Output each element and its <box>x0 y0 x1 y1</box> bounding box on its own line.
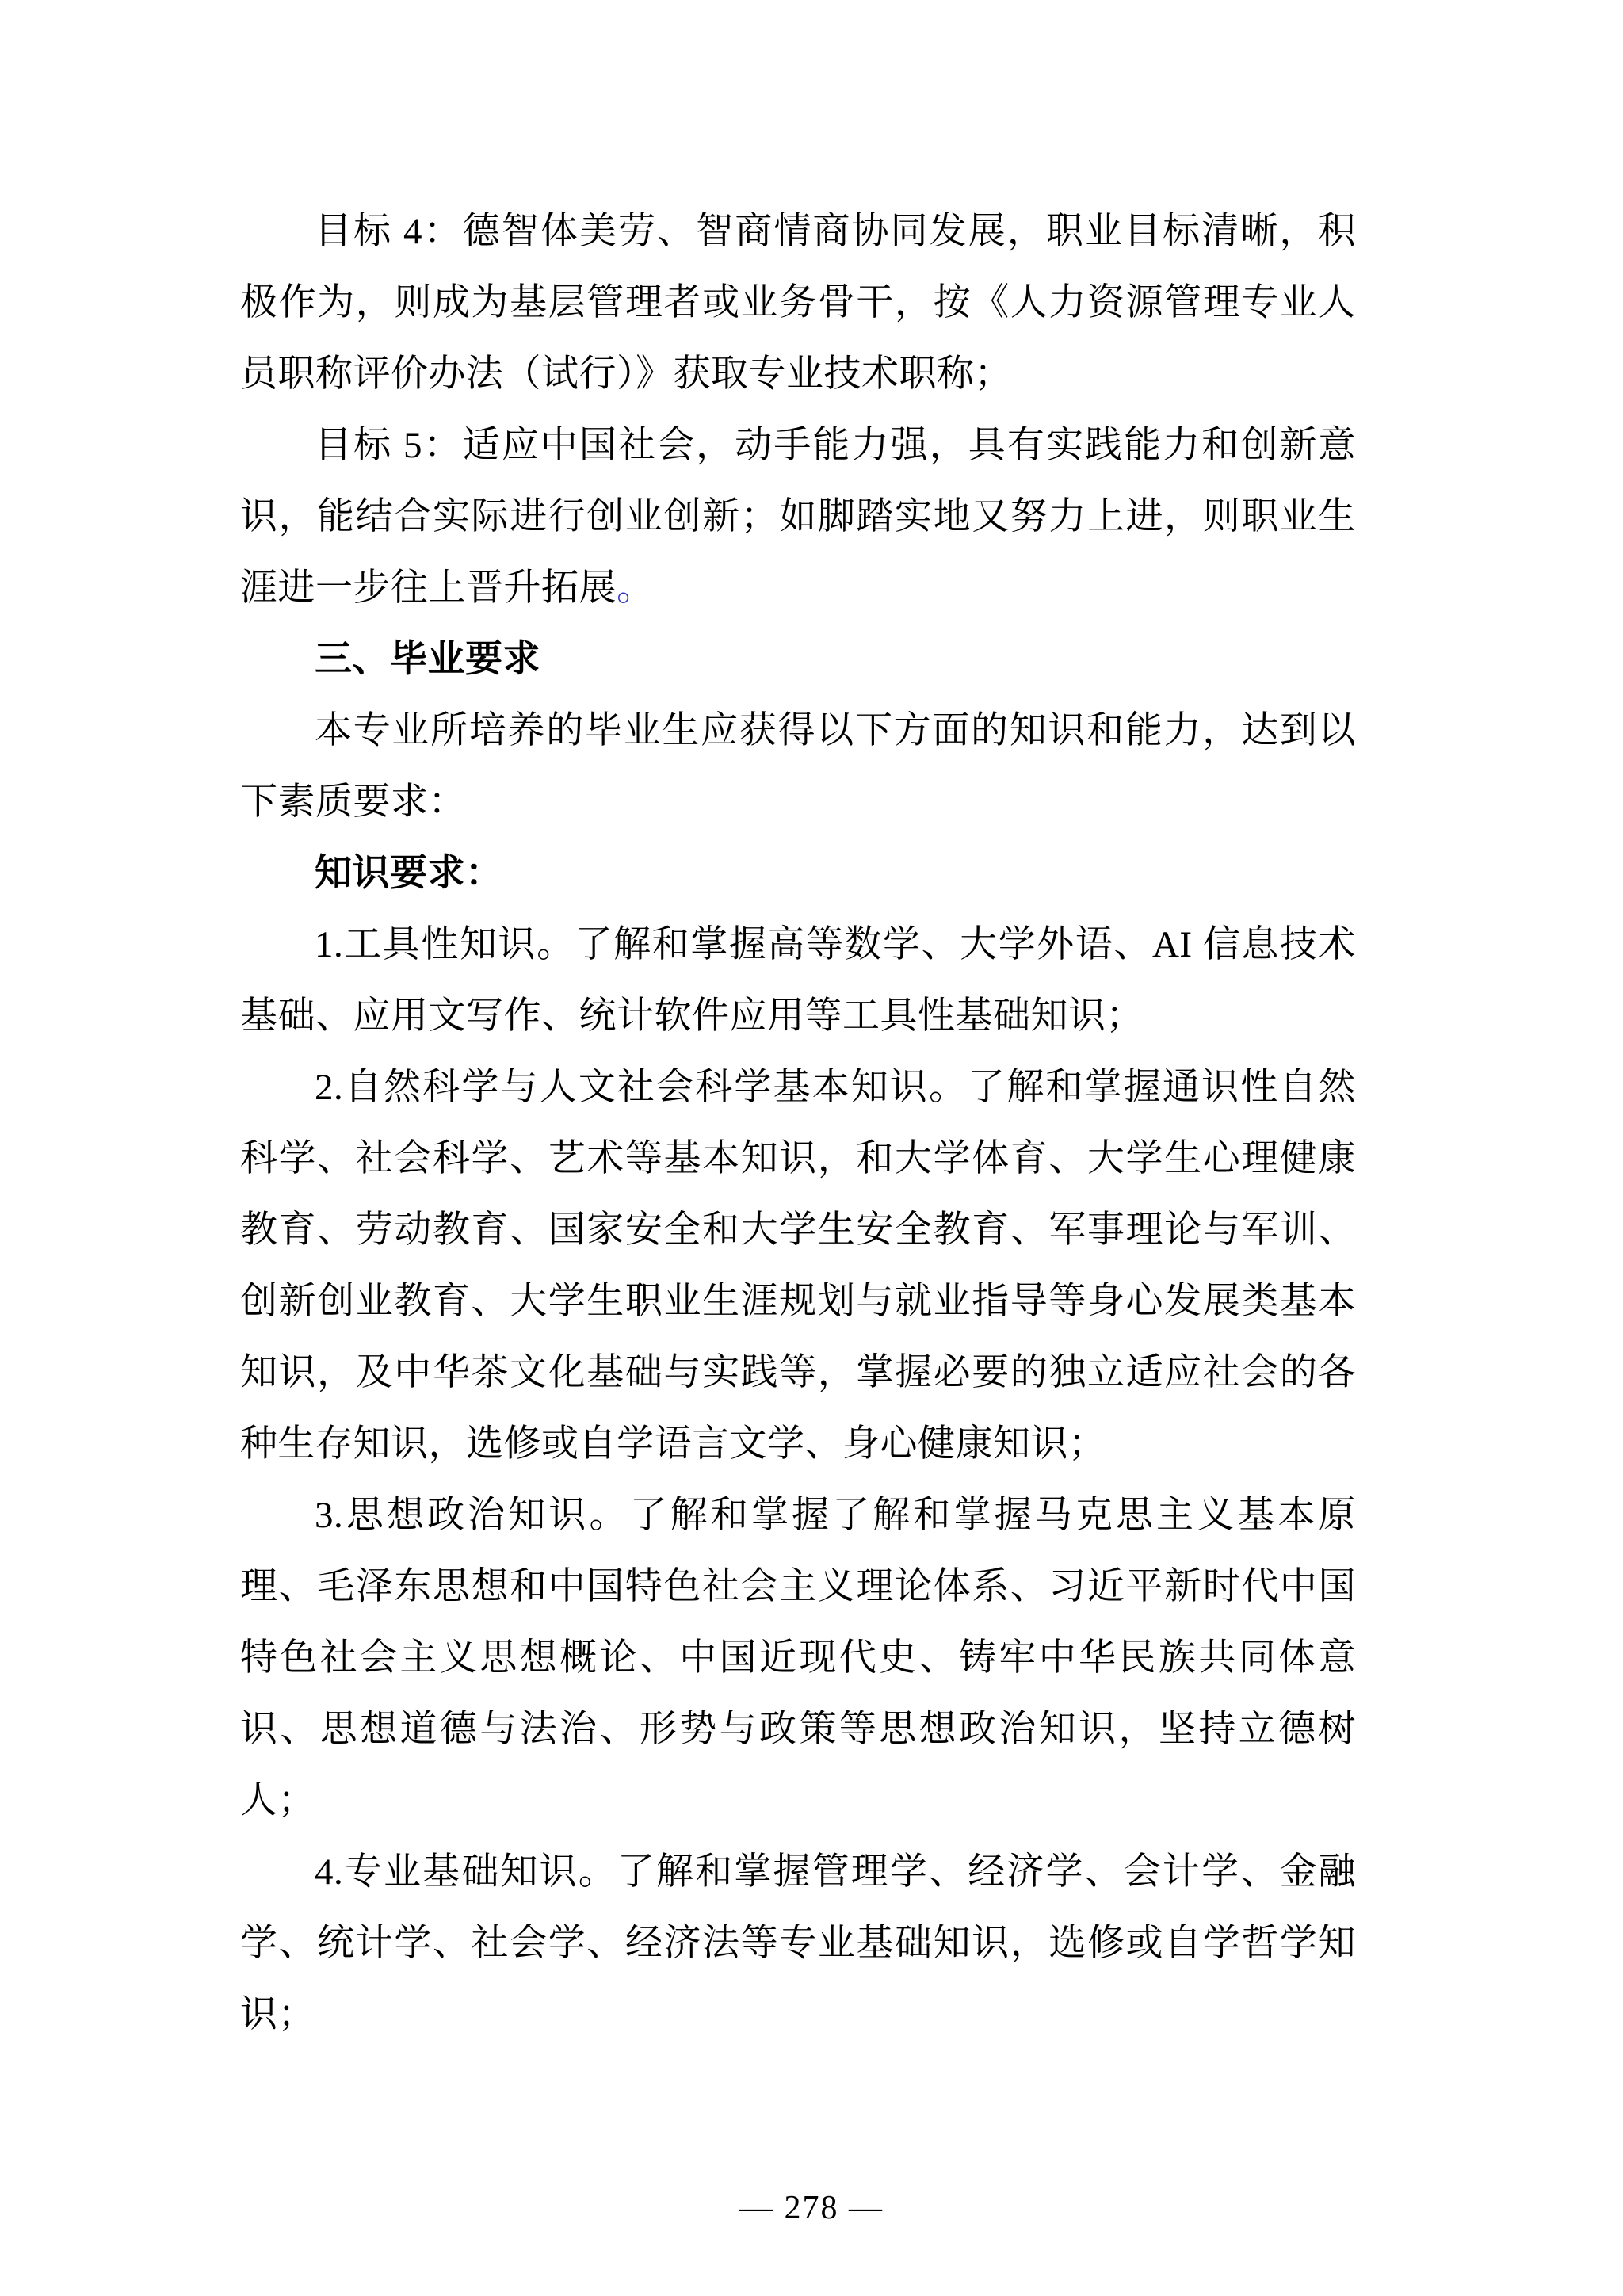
paragraph-intro: 本专业所培养的毕业生应获得以下方面的知识和能力，达到以下素质要求： <box>240 695 1356 838</box>
knowledge-item-4-text: 4.专业基础知识。了解和掌握管理学、经济学、会计学、金融学、统计学、社会学、经济… <box>240 1851 1356 2035</box>
section-heading-graduation-requirements: 三、毕业要求 <box>240 624 1356 695</box>
section-heading-text: 三、毕业要求 <box>315 639 540 680</box>
knowledge-item-3: 3.思想政治知识。了解和掌握了解和掌握马克思主义基本原理、毛泽东思想和中国特色社… <box>240 1480 1356 1836</box>
knowledge-item-3-text: 3.思想政治知识。了解和掌握了解和掌握马克思主义基本原理、毛泽东思想和中国特色社… <box>240 1495 1356 1821</box>
intro-text: 本专业所培养的毕业生应获得以下方面的知识和能力，达到以下素质要求： <box>240 710 1356 823</box>
page-footer: — 278 — <box>0 2187 1623 2229</box>
document-page: 目标 4：德智体美劳、智商情商协同发展，职业目标清晰，积极作为，则成为基层管理者… <box>0 0 1623 2296</box>
knowledge-item-1: 1.工具性知识。了解和掌握高等数学、大学外语、AI 信息技术基础、应用文写作、统… <box>240 909 1356 1052</box>
goal-4-text: 目标 4：德智体美劳、智商情商协同发展，职业目标清晰，积极作为，则成为基层管理者… <box>240 211 1356 395</box>
knowledge-item-2-text: 2.自然科学与人文社会科学基本知识。了解和掌握通识性自然科学、社会科学、艺术等基… <box>240 1067 1356 1465</box>
page-number: — 278 — <box>739 2190 884 2226</box>
goal-5-text: 目标 5：适应中国社会，动手能力强，具有实践能力和创新意识，能结合实际进行创业创… <box>240 425 1356 609</box>
subsection-heading-knowledge-requirements: 知识要求： <box>240 838 1356 909</box>
knowledge-item-1-text: 1.工具性知识。了解和掌握高等数学、大学外语、AI 信息技术基础、应用文写作、统… <box>240 924 1356 1037</box>
paragraph-goal-5: 目标 5：适应中国社会，动手能力强，具有实践能力和创新意识，能结合实际进行创业创… <box>240 410 1356 624</box>
document-body: 目标 4：德智体美劳、智商情商协同发展，职业目标清晰，积极作为，则成为基层管理者… <box>240 196 1356 2050</box>
knowledge-item-2: 2.自然科学与人文社会科学基本知识。了解和掌握通识性自然科学、社会科学、艺术等基… <box>240 1052 1356 1480</box>
knowledge-item-4: 4.专业基础知识。了解和掌握管理学、经济学、会计学、金融学、统计学、社会学、经济… <box>240 1836 1356 2050</box>
knowledge-heading-text: 知识要求： <box>315 853 503 894</box>
goal-5-blue-period: 。 <box>617 567 655 609</box>
paragraph-goal-4: 目标 4：德智体美劳、智商情商协同发展，职业目标清晰，积极作为，则成为基层管理者… <box>240 196 1356 410</box>
